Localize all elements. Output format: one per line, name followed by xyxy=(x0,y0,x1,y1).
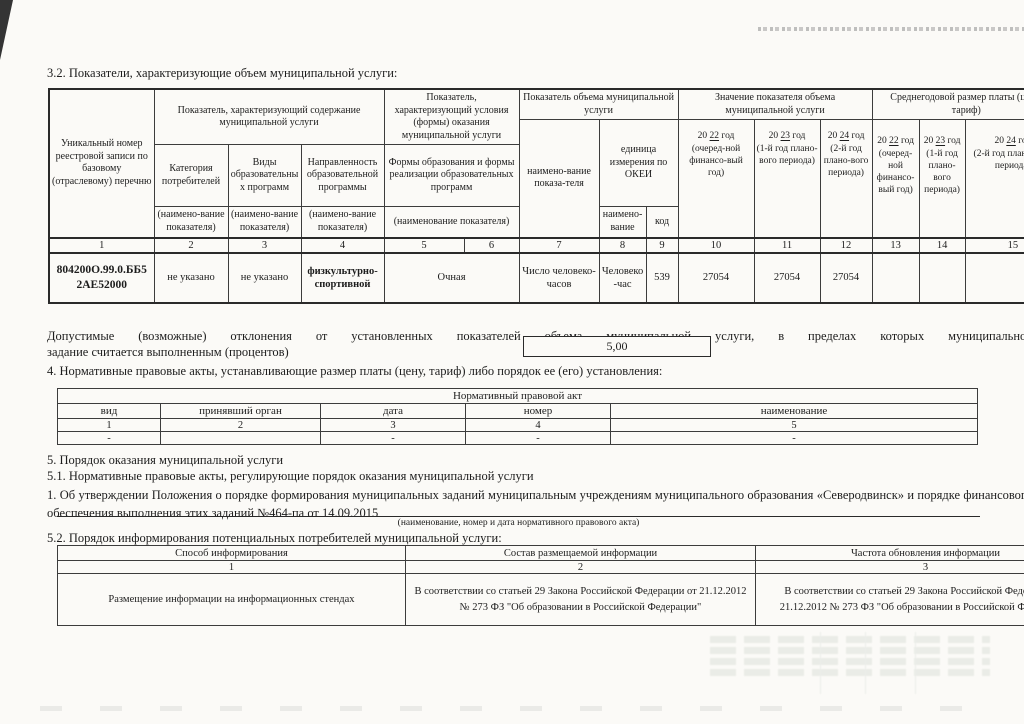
year-digits: 22 xyxy=(710,131,720,141)
col-number: 11 xyxy=(754,238,820,253)
tolerance-value-box: 5,00 xyxy=(523,336,711,357)
info-method-cell: Размещение информации на информационных … xyxy=(58,574,406,626)
year-2023-price-header: 20 23 год (1-й год плано-вого периода) xyxy=(919,120,965,238)
year-2022-price-header: 20 22 год (очеред-ной финансо-вый год) xyxy=(872,120,919,238)
year-note: (2-й год плано-вого периода) xyxy=(968,149,1024,173)
unit-band-header: единица измерения по ОКЕИ xyxy=(599,120,678,207)
info-col-number: 2 xyxy=(406,561,756,574)
form-cell: Очная xyxy=(384,253,519,303)
direction-header: Направленность образовательной программы xyxy=(301,145,384,207)
year-suffix: год xyxy=(947,136,960,146)
year-note: (очеред-ной финансо-вый год) xyxy=(681,144,752,180)
npa-empty-row: - - - - xyxy=(58,432,978,445)
npa-value-cell: - xyxy=(466,432,611,445)
npa-header-vid: вид xyxy=(58,404,161,419)
col-number: 2 xyxy=(154,238,228,253)
section-5-1-rule xyxy=(57,516,980,517)
year-suffix: год xyxy=(792,131,805,141)
subheader-indicator-name: (наимено-вание показателя) xyxy=(301,207,384,238)
year-digits: 23 xyxy=(781,131,791,141)
scan-bottom-marks xyxy=(40,706,990,711)
value-2024-cell: 27054 xyxy=(820,253,872,303)
col-number: 15 xyxy=(965,238,1024,253)
year-suffix: год xyxy=(721,131,734,141)
price-band-header: Среднегодовой размер платы (цена, тариф) xyxy=(872,89,1024,120)
section-5-1-caption: (наименование, номер и дата нормативного… xyxy=(57,518,980,528)
scan-corner-artifact xyxy=(0,0,13,60)
informing-data-row: Размещение информации на информационных … xyxy=(58,574,1024,626)
subheader-indicator-name: (наимено-вание показателя) xyxy=(154,207,228,238)
indicator-name-header: наимено-вание показа-теля xyxy=(519,120,599,238)
price-2023-cell xyxy=(919,253,965,303)
education-forms-header: Формы образования и формы реализации обр… xyxy=(384,145,519,207)
year-note: (1-й год плано-вого периода) xyxy=(757,144,818,168)
year-prefix: 20 xyxy=(828,131,838,141)
indicator-cell: Число человеко-часов xyxy=(519,253,599,303)
npa-col-number: 3 xyxy=(321,419,466,432)
npa-col-number: 4 xyxy=(466,419,611,432)
year-digits: 22 xyxy=(889,136,899,146)
npa-value-cell: - xyxy=(58,432,161,445)
scanned-document-page: 3.2. Показатели, характеризующие объем м… xyxy=(0,0,1024,724)
year-digits: 24 xyxy=(840,131,850,141)
npa-value-cell: - xyxy=(321,432,466,445)
section-3-2-title: 3.2. Показатели, характеризующие объем м… xyxy=(47,66,397,81)
npa-col-number: 1 xyxy=(58,419,161,432)
year-suffix: год xyxy=(901,136,914,146)
year-2024-price-header: 20 24 год (2-й год плано-вого периода) xyxy=(965,120,1024,238)
year-prefix: 20 xyxy=(877,136,887,146)
price-2022-cell xyxy=(872,253,919,303)
unit-code-header: код xyxy=(646,207,678,238)
year-prefix: 20 xyxy=(994,136,1004,146)
npa-header-number: номер xyxy=(466,404,611,419)
npa-col-number: 5 xyxy=(611,419,978,432)
volume-band-header: Показатель объема муниципальной услуги xyxy=(519,89,678,120)
legal-acts-table: Нормативный правовой акт вид принявший о… xyxy=(57,388,978,445)
npa-col-number: 2 xyxy=(161,419,321,432)
info-header-frequency: Частота обновления информации xyxy=(756,546,1024,561)
year-2023-value-header: 20 23 год (1-й год плано-вого периода) xyxy=(754,120,820,238)
tolerance-text-line2: задание считается выполненным (процентов… xyxy=(47,345,289,360)
value-band-header: Значение показателя объема муниципальной… xyxy=(678,89,872,120)
col-number: 13 xyxy=(872,238,919,253)
col-number: 7 xyxy=(519,238,599,253)
year-digits: 24 xyxy=(1006,136,1016,146)
value-2023-cell: 27054 xyxy=(754,253,820,303)
section-5-title: 5. Порядок оказания муниципальной услуги xyxy=(47,453,283,468)
col-number: 8 xyxy=(599,238,646,253)
col-number: 6 xyxy=(464,238,519,253)
col-number: 14 xyxy=(919,238,965,253)
year-prefix: 20 xyxy=(698,131,708,141)
info-frequency-cell: В соответствии со статьей 29 Закона Росс… xyxy=(756,574,1024,626)
service-data-row: 804200О.99.0.ББ5 2АЕ52000 не указано не … xyxy=(49,253,1024,303)
info-content-cell: В соответствии со статьей 29 Закона Росс… xyxy=(406,574,756,626)
year-note: (1-й год плано-вого периода) xyxy=(922,149,963,197)
col-number: 10 xyxy=(678,238,754,253)
types-cell: не указано xyxy=(228,253,301,303)
year-note: (очеред-ной финансо-вый год) xyxy=(875,149,917,197)
price-2024-cell xyxy=(965,253,1024,303)
col-number: 9 xyxy=(646,238,678,253)
info-col-number: 1 xyxy=(58,561,406,574)
value-2022-cell: 27054 xyxy=(678,253,754,303)
subheader-indicator-name-full: (наименование показателя) xyxy=(384,207,519,238)
informing-table: Способ информирования Состав размещаемой… xyxy=(57,545,1024,626)
category-header: Категория потребителей xyxy=(154,145,228,207)
conditions-band-header: Показатель, характеризующий условия (фор… xyxy=(384,89,519,145)
tolerance-value: 5,00 xyxy=(607,339,628,354)
content-band-header: Показатель, характеризующий содержание м… xyxy=(154,89,384,145)
col-number: 4 xyxy=(301,238,384,253)
scan-microtext-artifact xyxy=(758,27,1024,31)
subheader-indicator-name: (наимено-вание показателя) xyxy=(228,207,301,238)
section-5-2-title: 5.2. Порядок информирования потенциальны… xyxy=(47,531,502,546)
code-cell: 539 xyxy=(646,253,678,303)
column-numbers-row: 1 2 3 4 5 6 7 8 9 10 11 12 13 14 15 xyxy=(49,238,1024,253)
direction-cell: физкультурно-спортивной xyxy=(301,253,384,303)
registry-number-header: Уникальный номер реестровой записи по ба… xyxy=(49,89,154,238)
section-5-1-title: 5.1. Нормативные правовые акты, регулиру… xyxy=(47,469,534,484)
section-4-title: 4. Нормативные правовые акты, устанавлив… xyxy=(47,364,662,379)
bleedthrough-ghost xyxy=(700,632,1000,694)
info-col-number: 3 xyxy=(756,561,1024,574)
year-2024-value-header: 20 24 год (2-й год плано-вого периода) xyxy=(820,120,872,238)
col-number: 12 xyxy=(820,238,872,253)
year-digits: 23 xyxy=(936,136,946,146)
npa-header-name: наименование xyxy=(611,404,978,419)
npa-header-organ: принявший орган xyxy=(161,404,321,419)
npa-value-cell: - xyxy=(611,432,978,445)
program-types-header: Виды образовательных программ xyxy=(228,145,301,207)
year-note: (2-й год плано-вого периода) xyxy=(823,144,870,180)
year-suffix: год xyxy=(851,131,864,141)
unit-cell: Человеко-час xyxy=(599,253,646,303)
npa-header-date: дата xyxy=(321,404,466,419)
volume-indicators-table: Уникальный номер реестровой записи по ба… xyxy=(48,88,1024,304)
year-suffix: год xyxy=(1018,136,1024,146)
registry-id-cell: 804200О.99.0.ББ5 2АЕ52000 xyxy=(49,253,154,303)
col-number: 5 xyxy=(384,238,464,253)
legal-act-caption: Нормативный правовой акт xyxy=(58,389,978,404)
year-prefix: 20 xyxy=(769,131,779,141)
col-number: 1 xyxy=(49,238,154,253)
info-header-method: Способ информирования xyxy=(58,546,406,561)
npa-value-cell xyxy=(161,432,321,445)
col-number: 3 xyxy=(228,238,301,253)
category-cell: не указано xyxy=(154,253,228,303)
year-prefix: 20 xyxy=(924,136,934,146)
year-2022-value-header: 20 22 год (очеред-ной финансо-вый год) xyxy=(678,120,754,238)
info-header-content: Состав размещаемой информации xyxy=(406,546,756,561)
unit-name-header: наимено-вание xyxy=(599,207,646,238)
